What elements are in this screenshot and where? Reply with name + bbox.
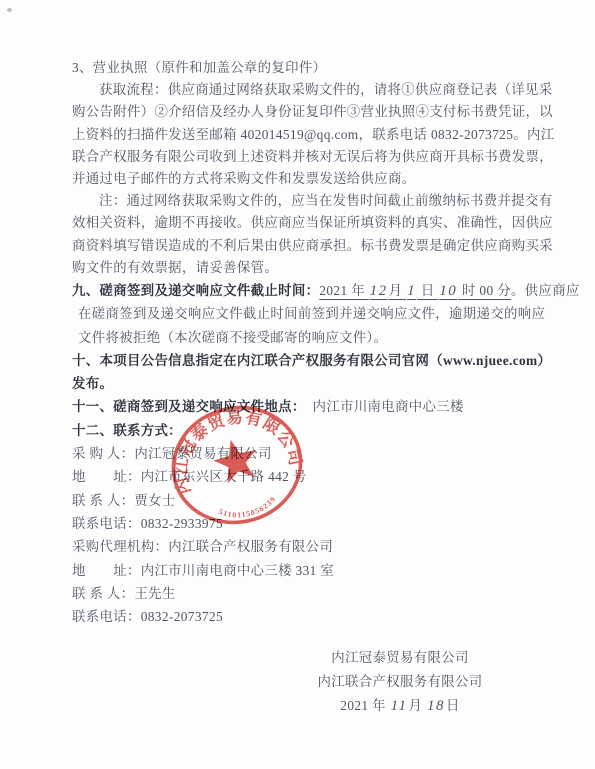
obtain-para-line-1: 获取流程：供应商通过网络获取采购文件的，请将①供应商登记表（详见采 bbox=[72, 79, 542, 101]
clause-3-title: 3、营业执照（原件和加盖公章的复印件） bbox=[72, 57, 542, 79]
signature-date: 2021 年 11月 18日 bbox=[300, 694, 500, 718]
purchaser-address-label: 地 址： bbox=[72, 469, 141, 484]
note-para-line-4: 购文件的有效票据，请妥善保管。 bbox=[72, 257, 542, 279]
note-para-line-3: 商资料填写错误造成的不利后果由供应商承担。标书费发票是确定供应商购买采 bbox=[72, 235, 542, 257]
obtain-para-line-3: 上资料的扫描件发送至邮箱 402014519@qq.com，联系电话 0832-… bbox=[72, 124, 542, 146]
agency-contact-label: 联 系 人： bbox=[72, 586, 134, 601]
deadline-year: 2021 年 bbox=[319, 283, 368, 298]
agency-address: 内江市川南电商中心三楼 331 室 bbox=[141, 563, 334, 578]
signature-month-handwritten: 11 bbox=[390, 698, 409, 714]
signature-month-label: 月 bbox=[409, 698, 426, 713]
agency-phone: 0832-2073725 bbox=[141, 609, 223, 624]
company-seal: 内江冠泰贸易有限公司 5110115056239 bbox=[161, 397, 313, 539]
scan-artifact-speck bbox=[7, 8, 12, 12]
section-10-line-1: 十、本项目公告信息指定在内江联合产权服务有限公司官网（www.njuee.com… bbox=[72, 349, 542, 372]
agency-name: 内江联合产权服务有限公司 bbox=[168, 539, 333, 554]
agency-contact-name: 王先生 bbox=[134, 586, 175, 601]
signature-date-year: 2021 年 bbox=[340, 698, 389, 713]
meeting-location: 内江市川南电商中心三楼 bbox=[313, 399, 464, 414]
section-10-line-2: 发布。 bbox=[72, 372, 542, 395]
signature-day-handwritten: 18 bbox=[426, 698, 446, 714]
purchaser-contact-label: 联 系 人： bbox=[72, 493, 134, 508]
section-9-line-3: 文件将被拒绝（本次磋商不接受邮寄的响应文件）。 bbox=[72, 326, 542, 349]
scanned-document-page: 3、营业执照（原件和加盖公章的复印件） 获取流程：供应商通过网络获取采购文件的，… bbox=[0, 0, 595, 769]
agency-contact-row: 联 系 人：王先生 bbox=[72, 582, 542, 605]
agency-address-row: 地 址：内江市川南电商中心三楼 331 室 bbox=[72, 559, 542, 582]
signature-day-label: 日 bbox=[446, 698, 460, 713]
section-9-line-2: 在磋商签到及递交响应文件截止时间前签到并递交响应文件，逾期递交的响应 bbox=[72, 302, 542, 325]
agency-phone-label: 联系电话： bbox=[72, 609, 141, 624]
section-9-line-1: 九、磋商签到及递交响应文件截止时间：2021 年 12月 1 日 10 时 00… bbox=[72, 279, 542, 302]
deadline-day-handwritten: 1 bbox=[406, 283, 417, 299]
note-para-line-2: 效相关资料，逾期不再接收。供应商应当保证所填资料的真实、准确性，因供应 bbox=[72, 212, 542, 234]
signature-company-2: 内江联合产权服务有限公司 bbox=[300, 670, 500, 694]
signature-company-1: 内江冠泰贸易有限公司 bbox=[300, 646, 500, 670]
deadline-date: 2021 年 12月 1 日 10 时 00 分 bbox=[319, 283, 511, 298]
deadline-time-tail: 时 00 分 bbox=[458, 283, 511, 298]
section-9-after-date: 。供应商应 bbox=[511, 283, 580, 298]
seal-star-icon bbox=[209, 434, 262, 485]
deadline-day-label: 日 bbox=[417, 283, 438, 298]
signature-block: 内江冠泰贸易有限公司 内江联合产权服务有限公司 2021 年 11月 18日 bbox=[300, 646, 500, 717]
note-para-line-1: 注：通过网络获取采购文件的，应当在发售时间截止前缴纳标书费并提交有 bbox=[72, 190, 542, 212]
agency-phone-row: 联系电话：0832-2073725 bbox=[72, 605, 542, 628]
obtain-para-line-2: 购公告附件）②介绍信及经办人身份证复印件③营业执照④支付标书费凭证，以 bbox=[72, 101, 542, 123]
agency-address-label: 地 址： bbox=[72, 563, 141, 578]
deadline-month-handwritten: 12 bbox=[369, 283, 389, 299]
obtain-para-line-5: 并通过电子邮件的方式将采购文件和发票发送给供应商。 bbox=[72, 168, 542, 190]
deadline-month-label: 月 bbox=[389, 283, 406, 298]
obtain-para-line-4: 联合产权服务有限公司收到上述资料并核对无误后将为供应商开具标书费发票， bbox=[72, 146, 542, 168]
purchaser-label: 采 购 人： bbox=[72, 446, 134, 461]
upper-text-block: 3、营业执照（原件和加盖公章的复印件） 获取流程：供应商通过网络获取采购文件的，… bbox=[72, 57, 542, 279]
purchaser-phone-label: 联系电话： bbox=[72, 516, 141, 531]
agency-label: 采购代理机构： bbox=[72, 539, 168, 554]
section-9-title: 九、磋商签到及递交响应文件截止时间： bbox=[72, 283, 319, 298]
deadline-hour-handwritten: 10 bbox=[438, 283, 458, 299]
